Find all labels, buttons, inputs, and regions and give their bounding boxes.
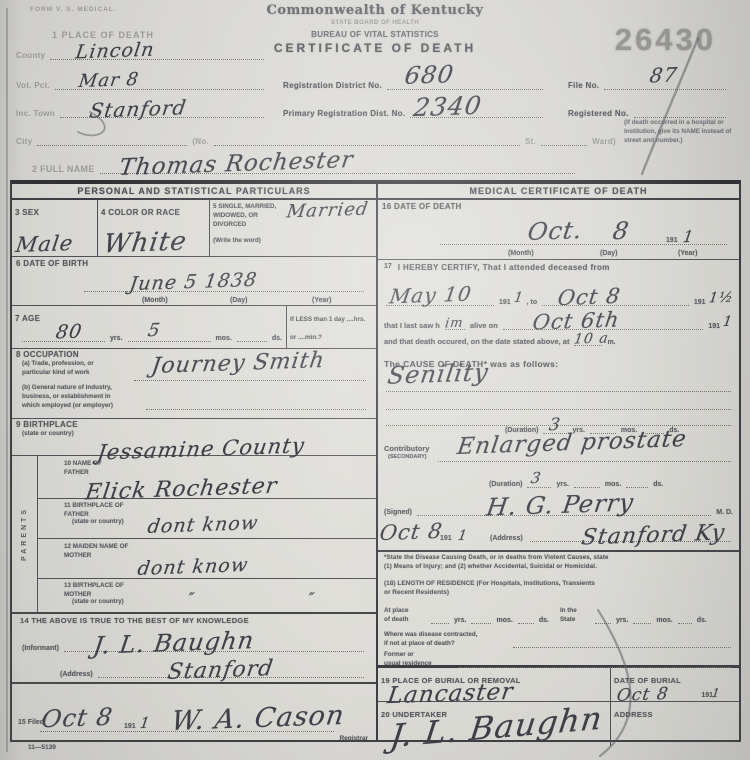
dod-month-sublabel: (Month) <box>508 250 534 257</box>
medical-section: MEDICAL CERTIFICATE OF DEATH 16 DATE OF … <box>378 184 739 740</box>
informant-address-line: (Address) Stanford <box>60 668 366 678</box>
signed-date-value: Oct 8 <box>378 519 444 545</box>
hospital-note: (If death occurred in a hospital or inst… <box>624 118 736 145</box>
county-value: Lincoln <box>75 39 157 64</box>
father-birthplace-value: dont know <box>146 512 260 538</box>
attended-line: May 10 191 1 , to Oct 8 191 1½ <box>384 290 733 306</box>
color-race-value: White <box>102 227 189 260</box>
physician-address-label: (Address) <box>490 535 523 542</box>
signed-row: (Signed) H. G. Perry M. D. <box>378 492 739 522</box>
age-row: 7 AGE 80 yrs. 5 mos. ds. If LESS than 1 … <box>12 306 376 349</box>
age-months-value: 5 <box>146 320 161 341</box>
secondary-label: (SECONDARY) <box>388 454 427 462</box>
inc-town-label: Inc. Town <box>16 109 55 118</box>
precinct-field: Vot. Pct. Mar 8 <box>16 80 266 90</box>
signed-year-digit: 1 <box>457 528 469 544</box>
certificate-body: PERSONAL AND STATISTICAL PARTICULARS 3 S… <box>10 180 741 742</box>
full-name-label: 2 FULL NAME <box>32 164 95 174</box>
age-field: 7 AGE 80 yrs. 5 mos. ds. <box>12 306 286 348</box>
death-at-text: and that death occured, on the date stat… <box>384 337 569 346</box>
to-label: , to <box>527 299 538 306</box>
commonwealth-line: Commonwealth of Kentucky <box>0 3 750 18</box>
marital-field: 5 SINGLE, MARRIED, WIDOWED, OR DIVORCED … <box>210 200 376 256</box>
informant-value: J. L. Baughn <box>92 626 257 660</box>
md-label: M. D. <box>716 509 733 516</box>
date-of-death-month: Oct. <box>526 216 585 246</box>
date-of-death-row: 16 DATE OF DEATH Oct. 8 191 1 (Month) (D… <box>378 200 739 260</box>
disease-contracted-line: Where was disease contracted,if not at p… <box>384 630 733 648</box>
primary-registration-label: Primary Registration Dist. No. <box>283 109 405 118</box>
age-label: 7 AGE <box>15 314 40 323</box>
residence-block: (18) LENGTH OF RESIDENCE (For Hospitals,… <box>378 578 739 668</box>
mother-name-label: 12 MAIDEN NAME OF MOTHER <box>64 542 134 560</box>
signed-date-address-row: Oct 8 191 1 (Address) Stanford Ky <box>378 522 739 552</box>
former-residence-line: Former orusual residence <box>384 650 733 668</box>
day-sublabel: (Day) <box>230 297 248 304</box>
city-no-label: (No. <box>192 137 209 146</box>
father-name-row: 10 NAME OF FATHER Elick Rochester <box>38 456 376 499</box>
form-code: 11—5139 <box>28 744 56 751</box>
marital-label: 5 SINGLE, MARRIED, WIDOWED, OR DIVORCED <box>213 202 285 229</box>
burial-year-digit: 1 <box>711 686 722 700</box>
file-no-label: File No. <box>568 81 599 90</box>
duration2-label: (Duration) <box>489 481 522 488</box>
primary-registration-value: 2340 <box>412 91 484 122</box>
occupation-a-label: (a) Trade, profession, orparticular kind… <box>22 359 130 377</box>
mos-label: mos. <box>216 335 232 342</box>
year-sublabel: (Year) <box>312 297 331 304</box>
personal-section: PERSONAL AND STATISTICAL PARTICULARS 3 S… <box>12 184 378 740</box>
attended-to-value: Oct 8 <box>556 284 622 310</box>
informant-address-value: Stanford <box>166 656 275 685</box>
date-of-burial-label: DATE OF BURIAL <box>614 676 681 685</box>
parents-block: PARENTS 10 NAME OF FATHER Elick Rocheste… <box>12 456 376 614</box>
last-saw-text-2: alive on <box>470 321 498 330</box>
filed-row: 15 Filed Oct 8 191 1 W. A. Cason Registr… <box>12 684 376 744</box>
precinct-value: Mar 8 <box>77 69 140 92</box>
less-than-day-note: If LESS than 1 day ....hrs. or ....min.? <box>286 306 376 348</box>
file-no-field: File No. 87 <box>568 80 728 90</box>
registration-district-field: Registration District No. 680 <box>283 80 545 90</box>
full-name-value: Thomas Rochester <box>117 147 355 181</box>
sex-value: Male <box>14 231 75 257</box>
date-of-birth-value: June 5 1838 <box>128 269 259 295</box>
registered-no-label: Registered No. <box>568 109 629 118</box>
physician-signature: H. G. Perry <box>485 488 636 521</box>
signed-label: (Signed) <box>384 509 412 516</box>
sex-label: 3 SEX <box>15 208 39 217</box>
dod-year-sublabel: (Year) <box>678 250 697 257</box>
scan-edge <box>6 8 8 752</box>
age-line: 80 yrs. 5 mos. ds. <box>20 332 282 342</box>
month-sublabel: (Month) <box>142 297 168 304</box>
yrs-label: yrs. <box>110 335 122 342</box>
date-of-burial-field: DATE OF BURIAL Oct 8 191 1 <box>611 668 739 701</box>
mother-name-row: 12 MAIDEN NAME OF MOTHER dont know <box>38 539 376 579</box>
primary-registration-field: Primary Registration Dist. No. 2340 <box>283 108 545 118</box>
attended-to-year-digit: 1½ <box>707 290 734 307</box>
county-field: County Lincoln <box>16 50 266 60</box>
informant-label: (Informant) <box>22 645 59 652</box>
cause-footnote: *State the Disease Causing Death, or in … <box>378 552 739 578</box>
residence-duration-line: At placeof death yrs. mos. ds. In theSta… <box>384 606 733 624</box>
place-of-burial-field: 19 PLACE OF BURIAL OR REMOVAL Lancaster <box>378 668 611 701</box>
physician-address-value: Stanford Ky <box>580 521 727 551</box>
certify-intro: I HEREBY CERTIFY, That I attended deceas… <box>398 263 610 272</box>
county-label: County <box>16 51 45 60</box>
city-label: City <box>16 137 32 146</box>
birthplace-label: 9 BIRTHPLACE <box>16 420 78 429</box>
certify-number: 17 <box>384 263 392 270</box>
mother-birthplace-row: 13 BIRTHPLACE OF MOTHER (state or countr… <box>38 579 376 612</box>
informant-block: 14 THE ABOVE IS TRUE TO THE BEST OF MY K… <box>12 614 376 684</box>
registrar-label: Registrar <box>339 735 368 742</box>
birthplace-note: (state or country) <box>22 429 74 438</box>
inc-town-value: Stanford <box>88 95 188 122</box>
dod-day-sublabel: (Day) <box>600 250 618 257</box>
last-saw-line: that I last saw h im alive on Oct 6th 19… <box>384 314 733 330</box>
last-saw-year-digit: 1 <box>722 314 734 330</box>
occupation-label: 8 OCCUPATION <box>16 350 79 359</box>
date-of-birth-row: 6 DATE OF BIRTH June 5 1838 (Month) (Day… <box>12 257 376 306</box>
scanned-death-certificate: FORM V. S. MEDICAL. Commonwealth of Kent… <box>0 0 750 760</box>
informant-address-label: (Address) <box>60 671 93 678</box>
last-saw-text-1: that I last saw h <box>384 321 440 330</box>
burial-row: 19 PLACE OF BURIAL OR REMOVAL Lancaster … <box>378 668 739 702</box>
undertaker-address-field: ADDRESS <box>611 702 739 746</box>
medical-section-title: MEDICAL CERTIFICATE OF DEATH <box>378 184 739 200</box>
occupation-b-label: (b) General nature of industry,business,… <box>22 383 142 410</box>
mother-name-value: dont know <box>136 554 250 580</box>
death-time-line: and that death occured, on the date stat… <box>384 336 733 346</box>
registration-district-label: Registration District No. <box>283 81 382 90</box>
contributory-block: Contributory (SECONDARY) Enlarged prosta… <box>378 436 739 466</box>
duration2-value: 3 <box>530 469 543 487</box>
color-race-field: 4 COLOR OR RACE White <box>98 200 210 256</box>
inc-town-field: Inc. Town Stanford <box>16 108 266 118</box>
age-years-value: 80 <box>54 321 83 344</box>
undertaker-address-label: ADDRESS <box>614 710 653 719</box>
precinct-label: Vot. Pct. <box>16 81 50 90</box>
birthplace-row: 9 BIRTHPLACE (state or country) Jessamin… <box>12 419 376 456</box>
attended-from-value: May 10 <box>388 282 473 309</box>
residence-title: (18) LENGTH OF RESIDENCE (For Hospitals,… <box>384 579 733 598</box>
certificate-number: 26430 <box>615 22 716 58</box>
city-ward-label: Ward) <box>592 137 616 146</box>
city-st-label: St. <box>525 137 536 146</box>
contributory-duration-row: (Duration) 3 yrs. mos. ds. <box>378 466 739 492</box>
file-no-value: 87 <box>649 63 680 88</box>
certify-block: 17 I HEREBY CERTIFY, That I attended dec… <box>378 260 739 352</box>
attest-label: 14 THE ABOVE IS TRUE TO THE BEST OF MY K… <box>20 616 249 625</box>
full-name-field: 2 FULL NAME Thomas Rochester <box>32 164 577 174</box>
mother-birthplace-ditto-1: ″ <box>187 589 197 608</box>
place-of-burial-value: Lancaster <box>386 679 515 709</box>
attended-from-year-digit: 1 <box>513 290 525 306</box>
mother-birthplace-ditto-2: ″ <box>307 589 317 608</box>
marital-note: (Write the word) <box>213 237 261 244</box>
sex-race-marital-row: 3 SEX Male 4 COLOR OR RACE White 5 SINGL… <box>12 200 376 257</box>
cause-of-death-value: Senility <box>386 358 491 389</box>
dod-year-prefix: 191 <box>666 237 678 244</box>
city-field: City (No. St. Ward) <box>16 136 616 146</box>
registration-district-value: 680 <box>403 60 456 90</box>
date-of-death-label: 16 DATE OF DEATH <box>382 202 462 211</box>
ds-label: ds. <box>272 335 282 342</box>
death-time-value: 10 a <box>573 330 610 347</box>
color-race-label: 4 COLOR OR RACE <box>101 208 180 217</box>
registered-no-field: Registered No. <box>568 108 728 118</box>
occupation-row: 8 OCCUPATION (a) Trade, profession, orpa… <box>12 349 376 419</box>
personal-section-title: PERSONAL AND STATISTICAL PARTICULARS <box>12 184 376 200</box>
marital-value: Married <box>285 199 370 223</box>
informant-line: (Informant) J. L. Baughn <box>22 642 366 652</box>
date-of-birth-label: 6 DATE OF BIRTH <box>16 259 88 268</box>
sex-field: 3 SEX Male <box>12 200 98 256</box>
parents-vertical-label: PARENTS <box>12 456 38 612</box>
last-saw-him: im <box>444 316 465 332</box>
cause-of-death-block: The CAUSE OF DEATH* was as follows: Seni… <box>378 352 739 436</box>
contributory-label: Contributory <box>384 444 429 453</box>
